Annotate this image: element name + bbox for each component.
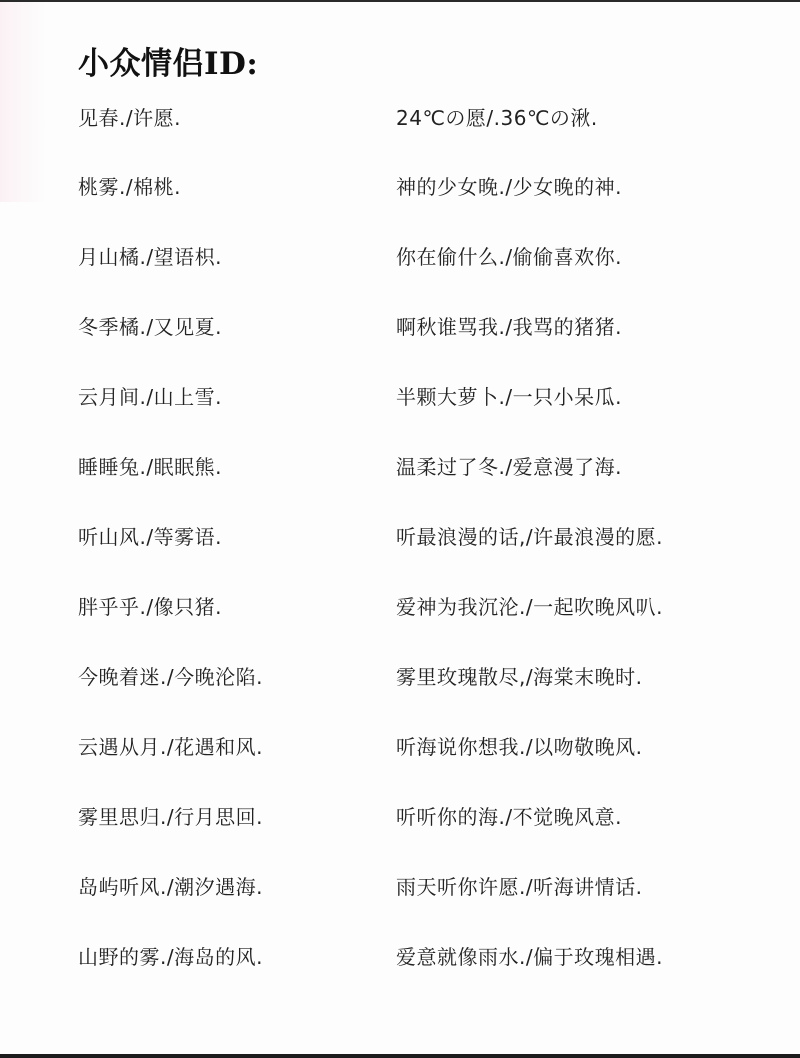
id-left: 今晚着迷./今晚沦陷. bbox=[78, 657, 263, 697]
id-right: 听最浪漫的话,/许最浪漫的愿. bbox=[396, 517, 663, 557]
list-item: 云月间./山上雪. 半颗大萝卜./一只小呆瓜. bbox=[0, 377, 800, 417]
top-border bbox=[0, 0, 800, 2]
list-item: 桃雾./棉桃. 神的少女晚./少女晚的神. bbox=[0, 167, 800, 207]
id-right: 雾里玫瑰散尽,/海棠末晚时. bbox=[396, 657, 642, 697]
id-left: 睡睡兔./眠眠熊. bbox=[78, 447, 222, 487]
id-right: 听听你的海./不觉晚风意. bbox=[396, 797, 622, 837]
id-left: 云月间./山上雪. bbox=[78, 377, 222, 417]
list-item: 雾里思归./行月思回. 听听你的海./不觉晚风意. bbox=[0, 797, 800, 837]
id-left: 雾里思归./行月思回. bbox=[78, 797, 263, 837]
list-item: 岛屿听风./潮汐遇海. 雨天听你许愿./听海讲情话. bbox=[0, 867, 800, 907]
id-left: 桃雾./棉桃. bbox=[78, 167, 181, 207]
id-right: 爱意就像雨水./偏于玫瑰相遇. bbox=[396, 937, 663, 977]
page-title: 小众情侣ID: bbox=[78, 38, 258, 83]
id-left: 月山橘./望语枳. bbox=[78, 237, 222, 277]
list-item: 见春./许愿. 24℃の愿/.36℃の湫. bbox=[0, 98, 800, 138]
list-item: 云遇从月./花遇和风. 听海说你想我./以吻敬晚风. bbox=[0, 727, 800, 767]
id-right: 温柔过了冬./爱意漫了海. bbox=[396, 447, 622, 487]
id-left: 见春./许愿. bbox=[78, 98, 181, 138]
list-item: 睡睡兔./眠眠熊. 温柔过了冬./爱意漫了海. bbox=[0, 447, 800, 487]
list-item: 听山风./等雾语. 听最浪漫的话,/许最浪漫的愿. bbox=[0, 517, 800, 557]
id-left: 冬季橘./又见夏. bbox=[78, 307, 222, 347]
list-item: 胖乎乎./像只猪. 爱神为我沉沦./一起吹晚风叭. bbox=[0, 587, 800, 627]
id-right: 神的少女晚./少女晚的神. bbox=[396, 167, 622, 207]
id-right: 啊秋谁骂我./我骂的猪猪. bbox=[396, 307, 622, 347]
id-left: 云遇从月./花遇和风. bbox=[78, 727, 263, 767]
id-left: 听山风./等雾语. bbox=[78, 517, 222, 557]
list-item: 月山橘./望语枳. 你在偷什么./偷偷喜欢你. bbox=[0, 237, 800, 277]
id-right: 雨天听你许愿./听海讲情话. bbox=[396, 867, 642, 907]
list-item: 山野的雾./海岛的风. 爱意就像雨水./偏于玫瑰相遇. bbox=[0, 937, 800, 977]
bottom-border bbox=[0, 1054, 800, 1058]
list-item: 冬季橘./又见夏. 啊秋谁骂我./我骂的猪猪. bbox=[0, 307, 800, 347]
id-right: 半颗大萝卜./一只小呆瓜. bbox=[396, 377, 622, 417]
id-right: 听海说你想我./以吻敬晚风. bbox=[396, 727, 642, 767]
id-left: 胖乎乎./像只猪. bbox=[78, 587, 222, 627]
id-right: 爱神为我沉沦./一起吹晚风叭. bbox=[396, 587, 663, 627]
id-left: 山野的雾./海岛的风. bbox=[78, 937, 263, 977]
list-item: 今晚着迷./今晚沦陷. 雾里玫瑰散尽,/海棠末晚时. bbox=[0, 657, 800, 697]
id-left: 岛屿听风./潮汐遇海. bbox=[78, 867, 263, 907]
id-right: 24℃の愿/.36℃の湫. bbox=[396, 98, 598, 138]
id-right: 你在偷什么./偷偷喜欢你. bbox=[396, 237, 622, 277]
